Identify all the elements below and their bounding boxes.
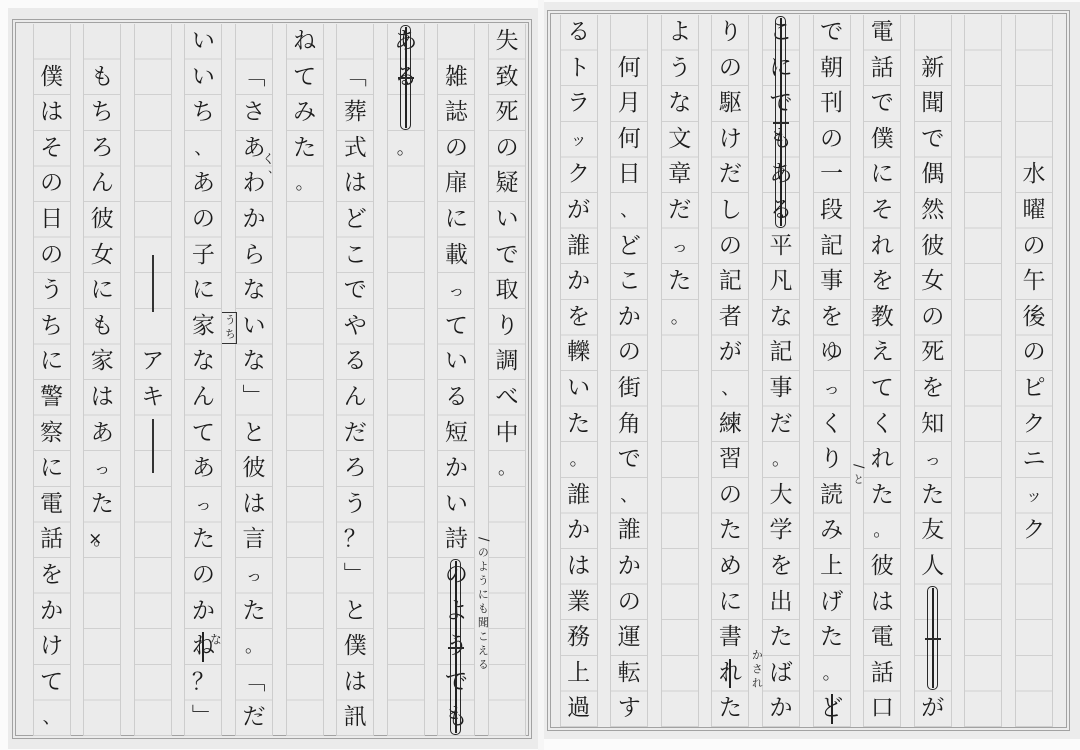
manuscript-cell: な xyxy=(236,273,272,309)
manuscript-cell: が xyxy=(915,691,951,727)
manuscript-cell: あ xyxy=(185,451,221,487)
manuscript-cell: ア xyxy=(135,344,171,380)
manuscript-cell: っ xyxy=(236,558,272,594)
manuscript-cell: で xyxy=(864,86,900,122)
manuscript-cell: さ xyxy=(236,95,272,131)
manuscript-cell: 駆 xyxy=(712,86,748,122)
manuscript-cell xyxy=(337,24,373,60)
manuscript-cell: を xyxy=(34,558,70,594)
manuscript-cell: く xyxy=(864,407,900,443)
manuscript-cell: 何 xyxy=(611,122,647,158)
manuscript-cell: な xyxy=(662,86,698,122)
strikethrough-mark xyxy=(780,18,782,226)
space-marker-line xyxy=(152,255,154,312)
manuscript-cell: 。 xyxy=(287,166,323,202)
manuscript-cell xyxy=(388,416,424,452)
manuscript-cell: 事 xyxy=(763,371,799,407)
manuscript-cell: を xyxy=(561,300,597,336)
manuscript-cell: の xyxy=(438,131,474,167)
manuscript-cell: 人 xyxy=(915,549,951,585)
manuscript-cell: で xyxy=(489,238,525,274)
manuscript-cell: の xyxy=(185,202,221,238)
manuscript-cell: ク xyxy=(1016,513,1052,549)
manuscript-cell: と xyxy=(337,594,373,630)
manuscript-cell: な xyxy=(763,300,799,336)
manuscript-cell: 彼 xyxy=(236,451,272,487)
manuscript-cell: 刊 xyxy=(814,86,850,122)
manuscript-cell: 水 xyxy=(1016,157,1052,193)
manuscript-cell: た xyxy=(763,620,799,656)
manuscript-cell: く xyxy=(814,407,850,443)
manuscript-cell: 書 xyxy=(712,620,748,656)
manuscript-cell: 、 xyxy=(611,193,647,229)
manuscript-cell: だ xyxy=(337,416,373,452)
insertion-note: /のようにも聞こえる xyxy=(476,537,488,672)
manuscript-cell: ラ xyxy=(561,86,597,122)
manuscript-cell: 誰 xyxy=(611,513,647,549)
manuscript-column: ﹁葬式はどこでやるんだろう？﹂と僕は訊 xyxy=(336,24,374,736)
manuscript-cell xyxy=(662,442,698,478)
strikethrough-mark xyxy=(831,694,833,724)
manuscript-column: ﹁さあわからないな﹂と彼は言った。﹁だく、 xyxy=(235,24,273,736)
manuscript-cell xyxy=(287,665,323,701)
manuscript-cell: 電 xyxy=(34,487,70,523)
manuscript-cell xyxy=(388,380,424,416)
manuscript-cell: ピ xyxy=(1016,371,1052,407)
manuscript-cell xyxy=(965,513,1001,549)
manuscript-cell: た xyxy=(712,513,748,549)
manuscript-cell xyxy=(135,202,171,238)
manuscript-cell: 失 xyxy=(489,24,525,60)
manuscript-cell xyxy=(662,620,698,656)
manuscript-cell xyxy=(287,594,323,630)
manuscript-cell: だ xyxy=(662,193,698,229)
manuscript-cell: ﹁ xyxy=(236,665,272,701)
insertion-text: と xyxy=(852,473,865,487)
manuscript-cell: い xyxy=(185,60,221,96)
manuscript-cell: 、 xyxy=(611,478,647,514)
manuscript-cell: ど xyxy=(337,202,373,238)
manuscript-column: 僕はその日のうちに警察に電話をかけて、 xyxy=(33,24,71,736)
manuscript-cell: 取 xyxy=(489,273,525,309)
manuscript-cell: に xyxy=(438,202,474,238)
manuscript-cell: 僕 xyxy=(34,60,70,96)
manuscript-cell xyxy=(135,665,171,701)
manuscript-cell: 葬 xyxy=(337,95,373,131)
manuscript-cell xyxy=(662,656,698,692)
manuscript-cell xyxy=(662,407,698,443)
manuscript-cell xyxy=(135,522,171,558)
manuscript-cell: 女 xyxy=(915,264,951,300)
manuscript-cell: 上 xyxy=(561,656,597,692)
manuscript-cell: ち xyxy=(185,95,221,131)
manuscript-cell xyxy=(489,629,525,665)
manuscript-cell: 街 xyxy=(611,371,647,407)
manuscript-cell: ト xyxy=(561,51,597,87)
correction-mark: × xyxy=(86,522,104,558)
insertion-text: かされ xyxy=(750,649,763,691)
strikethrough-mark xyxy=(405,27,407,128)
manuscript-cell: た xyxy=(814,620,850,656)
manuscript-cell: の xyxy=(712,478,748,514)
manuscript-cell: た xyxy=(287,131,323,167)
manuscript-cell: の xyxy=(611,335,647,371)
manuscript-cell: い xyxy=(438,487,474,523)
manuscript-cell: 読 xyxy=(814,478,850,514)
manuscript-cell xyxy=(287,629,323,665)
manuscript-column: りの駆けだしの記者が、練習のために書れたかされ xyxy=(711,15,749,727)
manuscript-cell: の xyxy=(185,558,221,594)
manuscript-cell: の xyxy=(1016,229,1052,265)
manuscript-cell: か xyxy=(185,594,221,630)
manuscript-cell: は xyxy=(337,166,373,202)
manuscript-column: 失致死の疑いで取り調べ中。 xyxy=(488,24,526,736)
manuscript-cell: か xyxy=(561,513,597,549)
manuscript-cell xyxy=(388,665,424,701)
manuscript-cell xyxy=(489,665,525,701)
manuscript-cell: っ xyxy=(185,487,221,523)
manuscript-cell: の xyxy=(712,51,748,87)
manuscript-cell xyxy=(287,238,323,274)
manuscript-cell: の xyxy=(915,300,951,336)
manuscript-cell: 朝 xyxy=(814,51,850,87)
manuscript-cell: 。 xyxy=(561,442,597,478)
manuscript-cell: て xyxy=(185,416,221,452)
manuscript-cell xyxy=(965,51,1001,87)
manuscript-cell: な xyxy=(236,344,272,380)
manuscript-cell xyxy=(965,15,1001,51)
manuscript-cell xyxy=(287,416,323,452)
manuscript-cell: ッ xyxy=(1016,478,1052,514)
manuscript-cell: 彼 xyxy=(84,202,120,238)
manuscript-cell: 大 xyxy=(763,478,799,514)
manuscript-column xyxy=(964,15,1002,727)
manuscript-cell: い xyxy=(185,24,221,60)
manuscript-cell: 一 xyxy=(814,157,850,193)
manuscript-cell: た xyxy=(915,478,951,514)
insertion-note: /と xyxy=(852,464,864,487)
manuscript-cell: る xyxy=(337,344,373,380)
manuscript-cell: 女 xyxy=(84,238,120,274)
manuscript-cell: ？ xyxy=(337,522,373,558)
manuscript-cell xyxy=(287,344,323,380)
manuscript-cell xyxy=(84,24,120,60)
manuscript-cell: ち xyxy=(34,309,70,345)
manuscript-cell: 平 xyxy=(763,229,799,265)
manuscript-cell: 、 xyxy=(34,700,70,736)
manuscript-cell: の xyxy=(34,238,70,274)
manuscript-cell: キ xyxy=(135,380,171,416)
manuscript-cell: け xyxy=(712,122,748,158)
manuscript-cell xyxy=(438,24,474,60)
manuscript-cell: に xyxy=(34,344,70,380)
strikethrough-mark xyxy=(455,561,457,733)
manuscript-cell xyxy=(965,691,1001,727)
manuscript-cell: の xyxy=(489,131,525,167)
manuscript-cell: ゆ xyxy=(814,335,850,371)
manuscript-cell xyxy=(135,594,171,630)
manuscript-cell xyxy=(84,665,120,701)
manuscript-cell: 彼 xyxy=(864,549,900,585)
manuscript-cell xyxy=(84,700,120,736)
manuscript-cell: て xyxy=(438,309,474,345)
manuscript-cell: に xyxy=(185,273,221,309)
manuscript-cell: え xyxy=(864,335,900,371)
manuscript-cell xyxy=(965,264,1001,300)
manuscript-cell: 記 xyxy=(763,335,799,371)
manuscript-cell: げ xyxy=(814,585,850,621)
manuscript-cell xyxy=(388,202,424,238)
manuscript-cell: は xyxy=(337,665,373,701)
manuscript-cell: 午 xyxy=(1016,264,1052,300)
manuscript-column: 雑誌の扉に載っている短かい詩のようでも/のようにも聞こえる xyxy=(437,24,475,736)
manuscript-cell: ク xyxy=(561,157,597,193)
manuscript-cell: 中 xyxy=(489,416,525,452)
manuscript-cell: が xyxy=(712,335,748,371)
manuscript-cell: 転 xyxy=(611,656,647,692)
manuscript-cell: そ xyxy=(864,193,900,229)
manuscript-cell: 業 xyxy=(561,585,597,621)
manuscript-cell: た xyxy=(712,691,748,727)
manuscript-cell xyxy=(1016,86,1052,122)
manuscript-cell xyxy=(135,629,171,665)
manuscript-cell: 言 xyxy=(236,522,272,558)
manuscript-cell xyxy=(135,24,171,60)
manuscript-cell: い xyxy=(438,344,474,380)
manuscript-cell: 致 xyxy=(489,60,525,96)
manuscript-cell: 式 xyxy=(337,131,373,167)
manuscript-cell: 話 xyxy=(864,656,900,692)
manuscript-cell: 章 xyxy=(662,157,698,193)
manuscript-scan: 失致死の疑いで取り調べ中。 雑誌の扉に載っている短かい詩のようでも/のようにも聞… xyxy=(0,0,1080,750)
manuscript-cell: ﹂ xyxy=(337,558,373,594)
manuscript-cell: 調 xyxy=(489,344,525,380)
manuscript-cell: は xyxy=(34,95,70,131)
manuscript-cell: ろ xyxy=(84,131,120,167)
manuscript-cell xyxy=(84,629,120,665)
manuscript-cell: た xyxy=(236,594,272,630)
manuscript-cell: 疑 xyxy=(489,166,525,202)
manuscript-cell: 口 xyxy=(864,691,900,727)
insertion-text: うち xyxy=(223,314,236,342)
manuscript-cell: 誰 xyxy=(561,229,597,265)
manuscript-cell: と xyxy=(236,416,272,452)
manuscript-cell: た xyxy=(561,407,597,443)
manuscript-cell: 死 xyxy=(489,95,525,131)
manuscript-cell: 偶 xyxy=(915,157,951,193)
manuscript-cell xyxy=(1016,51,1052,87)
manuscript-cell xyxy=(388,700,424,736)
manuscript-cell: れ xyxy=(864,229,900,265)
insertion-caret: く xyxy=(260,152,272,168)
manuscript-cell: ？ xyxy=(185,665,221,701)
manuscript-cell: で xyxy=(915,122,951,158)
manuscript-cell: 日 xyxy=(611,157,647,193)
manuscript-cell: た xyxy=(84,487,120,523)
manuscript-column: 電話で僕にそれを教えてくれた。彼は電話口 xyxy=(863,15,901,727)
manuscript-cell: る xyxy=(561,15,597,51)
manuscript-cell: 文 xyxy=(662,122,698,158)
manuscript-cell xyxy=(489,700,525,736)
manuscript-cell: 訊 xyxy=(337,700,373,736)
manuscript-cell: の xyxy=(1016,335,1052,371)
manuscript-cell xyxy=(662,585,698,621)
manuscript-cell xyxy=(388,344,424,380)
manuscript-cell: 。 xyxy=(864,513,900,549)
manuscript-cell: た xyxy=(864,478,900,514)
manuscript-cell xyxy=(662,513,698,549)
manuscript-column: るトラックが誰かを轢いた。誰かは業務上過 xyxy=(560,15,598,727)
insertion-caret: / xyxy=(852,464,864,471)
manuscript-cell: の xyxy=(611,585,647,621)
manuscript-cell xyxy=(662,478,698,514)
manuscript-cell: 記 xyxy=(712,264,748,300)
manuscript-cell xyxy=(135,60,171,96)
manuscript-cell: っ xyxy=(814,371,850,407)
manuscript-cell: し xyxy=(712,193,748,229)
manuscript-cell: だ xyxy=(763,407,799,443)
manuscript-cell: い xyxy=(236,309,272,345)
manuscript-cell: も xyxy=(84,60,120,96)
manuscript-cell xyxy=(965,229,1001,265)
manuscript-cell xyxy=(388,522,424,558)
manuscript-cell: 警 xyxy=(34,380,70,416)
manuscript-cell xyxy=(915,15,951,51)
manuscript-cell: 友 xyxy=(915,513,951,549)
manuscript-cell: で xyxy=(611,442,647,478)
manuscript-cell: っ xyxy=(438,273,474,309)
manuscript-cell: ね xyxy=(287,24,323,60)
manuscript-cell: 。 xyxy=(489,451,525,487)
manuscript-cell xyxy=(965,193,1001,229)
manuscript-cell: 載 xyxy=(438,238,474,274)
manuscript-cell xyxy=(388,487,424,523)
manuscript-cell: か xyxy=(561,264,597,300)
manuscript-cell xyxy=(135,700,171,736)
manuscript-cell: 僕 xyxy=(864,122,900,158)
manuscript-cell xyxy=(489,487,525,523)
manuscript-cell: そ xyxy=(34,131,70,167)
manuscript-cell xyxy=(287,558,323,594)
manuscript-cell: に xyxy=(712,585,748,621)
manuscript-cell xyxy=(489,522,525,558)
manuscript-cell xyxy=(287,273,323,309)
manuscript-cell: て xyxy=(287,60,323,96)
manuscript-cell: 角 xyxy=(611,407,647,443)
insertion-note: く、 xyxy=(260,152,272,185)
manuscript-cell xyxy=(662,549,698,585)
manuscript-cell: ど xyxy=(611,229,647,265)
manuscript-cell xyxy=(965,122,1001,158)
manuscript-cell xyxy=(287,451,323,487)
manuscript-cell: ち xyxy=(84,95,120,131)
manuscript-cell: べ xyxy=(489,380,525,416)
manuscript-cell: 。 xyxy=(814,656,850,692)
manuscript-cell xyxy=(287,380,323,416)
manuscript-cell xyxy=(388,629,424,665)
insertion-note: な xyxy=(209,633,221,648)
manuscript-cell: 話 xyxy=(34,522,70,558)
manuscript-cell: で xyxy=(814,15,850,51)
manuscript-cell: ッ xyxy=(561,122,597,158)
manuscript-cell: 過 xyxy=(561,691,597,727)
manuscript-column: いいち、あの子に家なんてあったのかね？﹂うちな xyxy=(184,24,222,736)
manuscript-cell xyxy=(388,558,424,594)
manuscript-cell xyxy=(1016,620,1052,656)
manuscript-cell: か xyxy=(438,451,474,487)
manuscript-cell: 話 xyxy=(864,51,900,87)
manuscript-cell: あ xyxy=(84,416,120,452)
insertion-note: うち xyxy=(222,312,237,344)
manuscript-cell: で xyxy=(337,273,373,309)
manuscript-cell: 。 xyxy=(763,442,799,478)
manuscript-cell xyxy=(965,300,1001,336)
manuscript-cell xyxy=(965,442,1001,478)
manuscript-cell: 電 xyxy=(864,15,900,51)
manuscript-cell: う xyxy=(662,51,698,87)
manuscript-cell xyxy=(34,24,70,60)
manuscript-cell: を xyxy=(915,371,951,407)
insertion-text: な xyxy=(208,633,222,648)
manuscript-column: ような文章だった。 xyxy=(661,15,699,727)
manuscript-cell: ら xyxy=(236,238,272,274)
manuscript-cell: ﹁ xyxy=(236,60,272,96)
space-marker-line xyxy=(152,419,154,472)
manuscript-cell: の xyxy=(814,122,850,158)
manuscript-cell xyxy=(489,594,525,630)
manuscript-cell: 聞 xyxy=(915,86,951,122)
manuscript-cell: は xyxy=(236,487,272,523)
manuscript-cell: 習 xyxy=(712,442,748,478)
manuscript-cell: ば xyxy=(763,656,799,692)
manuscript-cell: っ xyxy=(662,229,698,265)
manuscript-cell: 雑 xyxy=(438,60,474,96)
manuscript-cell: 彼 xyxy=(915,229,951,265)
manuscript-cell xyxy=(662,335,698,371)
manuscript-cell xyxy=(1016,122,1052,158)
manuscript-cell xyxy=(135,166,171,202)
manuscript-cell xyxy=(135,558,171,594)
manuscript-cell xyxy=(287,700,323,736)
manuscript-column: で朝刊の一段記事をゆっくり読み上げた。ど/と xyxy=(813,15,851,727)
manuscript-cell: か xyxy=(34,594,70,630)
manuscript-cell: に xyxy=(864,157,900,193)
manuscript-cell: 誰 xyxy=(561,478,597,514)
manuscript-cell: ろ xyxy=(337,451,373,487)
manuscript-cell: れ xyxy=(864,442,900,478)
manuscript-cell: 段 xyxy=(814,193,850,229)
manuscript-cell: の xyxy=(34,166,70,202)
manuscript-cell: か xyxy=(611,549,647,585)
manuscript-cell: は xyxy=(864,585,900,621)
manuscript-cell: に xyxy=(34,451,70,487)
strikethrough-mark xyxy=(202,632,204,662)
manuscript-cell xyxy=(662,691,698,727)
manuscript-cell xyxy=(135,309,171,345)
manuscript-cell xyxy=(236,24,272,60)
manuscript-cell: り xyxy=(814,442,850,478)
manuscript-cell xyxy=(1016,585,1052,621)
manuscript-cell xyxy=(84,594,120,630)
manuscript-cell: 日 xyxy=(34,202,70,238)
manuscript-cell: 凡 xyxy=(763,264,799,300)
manuscript-cell xyxy=(135,487,171,523)
manuscript-cell: な xyxy=(185,344,221,380)
manuscript-cell xyxy=(965,335,1001,371)
manuscript-cell: だ xyxy=(712,157,748,193)
manuscript-cell: を xyxy=(814,300,850,336)
manuscript-cell xyxy=(287,487,323,523)
